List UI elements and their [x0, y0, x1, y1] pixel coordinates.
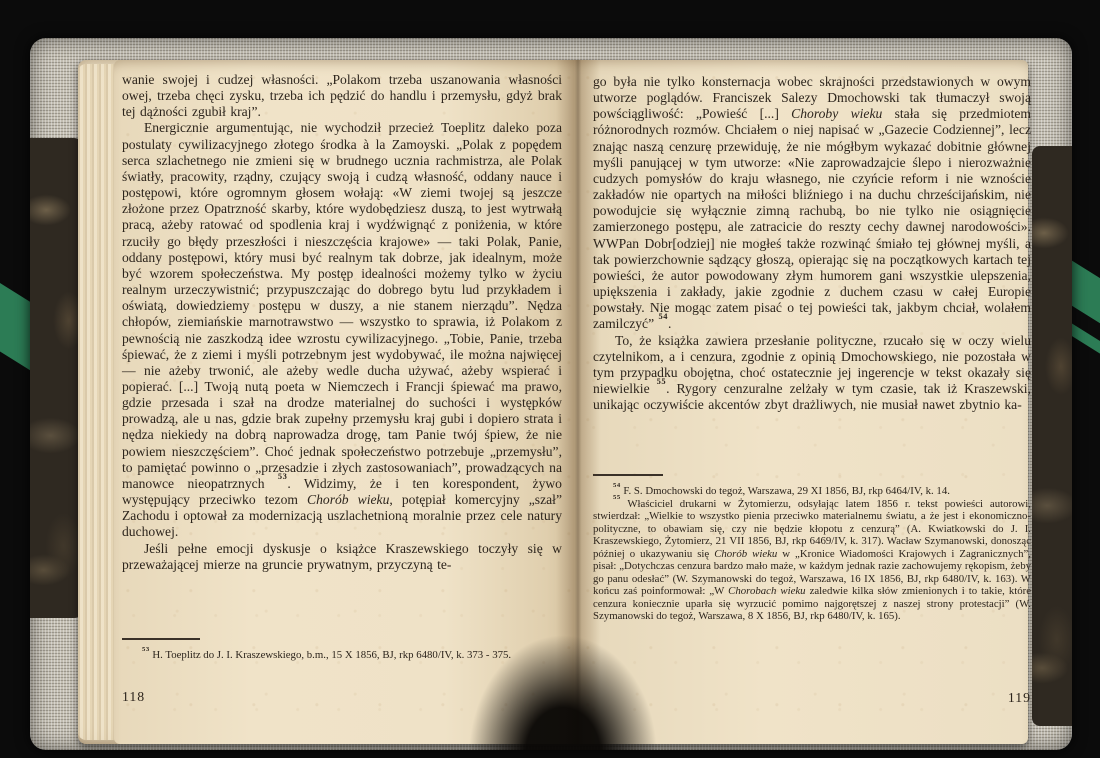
book-gutter-bottom-shadow	[468, 634, 658, 750]
marbled-cover-right-edge	[1032, 146, 1072, 726]
marbled-cover-left-edge	[30, 138, 84, 618]
right-page-footnotes: 54 F. S. Dmochowski do tegoż, Warszawa, …	[593, 485, 1031, 623]
left-page-number: 118	[122, 689, 145, 705]
left-footnote-rule	[122, 638, 200, 640]
left-page-text: wanie swojej i cudzej własności. „Polako…	[122, 72, 562, 573]
page-stack-edge-left	[78, 64, 118, 740]
photo-background: wanie swojej i cudzej własności. „Polako…	[0, 0, 1100, 758]
open-book: wanie swojej i cudzej własności. „Polako…	[30, 38, 1072, 750]
right-page-number: 119	[593, 690, 1031, 706]
right-footnote-rule	[593, 474, 663, 476]
right-page-text: go była nie tylko konsternacja wobec skr…	[593, 74, 1031, 413]
